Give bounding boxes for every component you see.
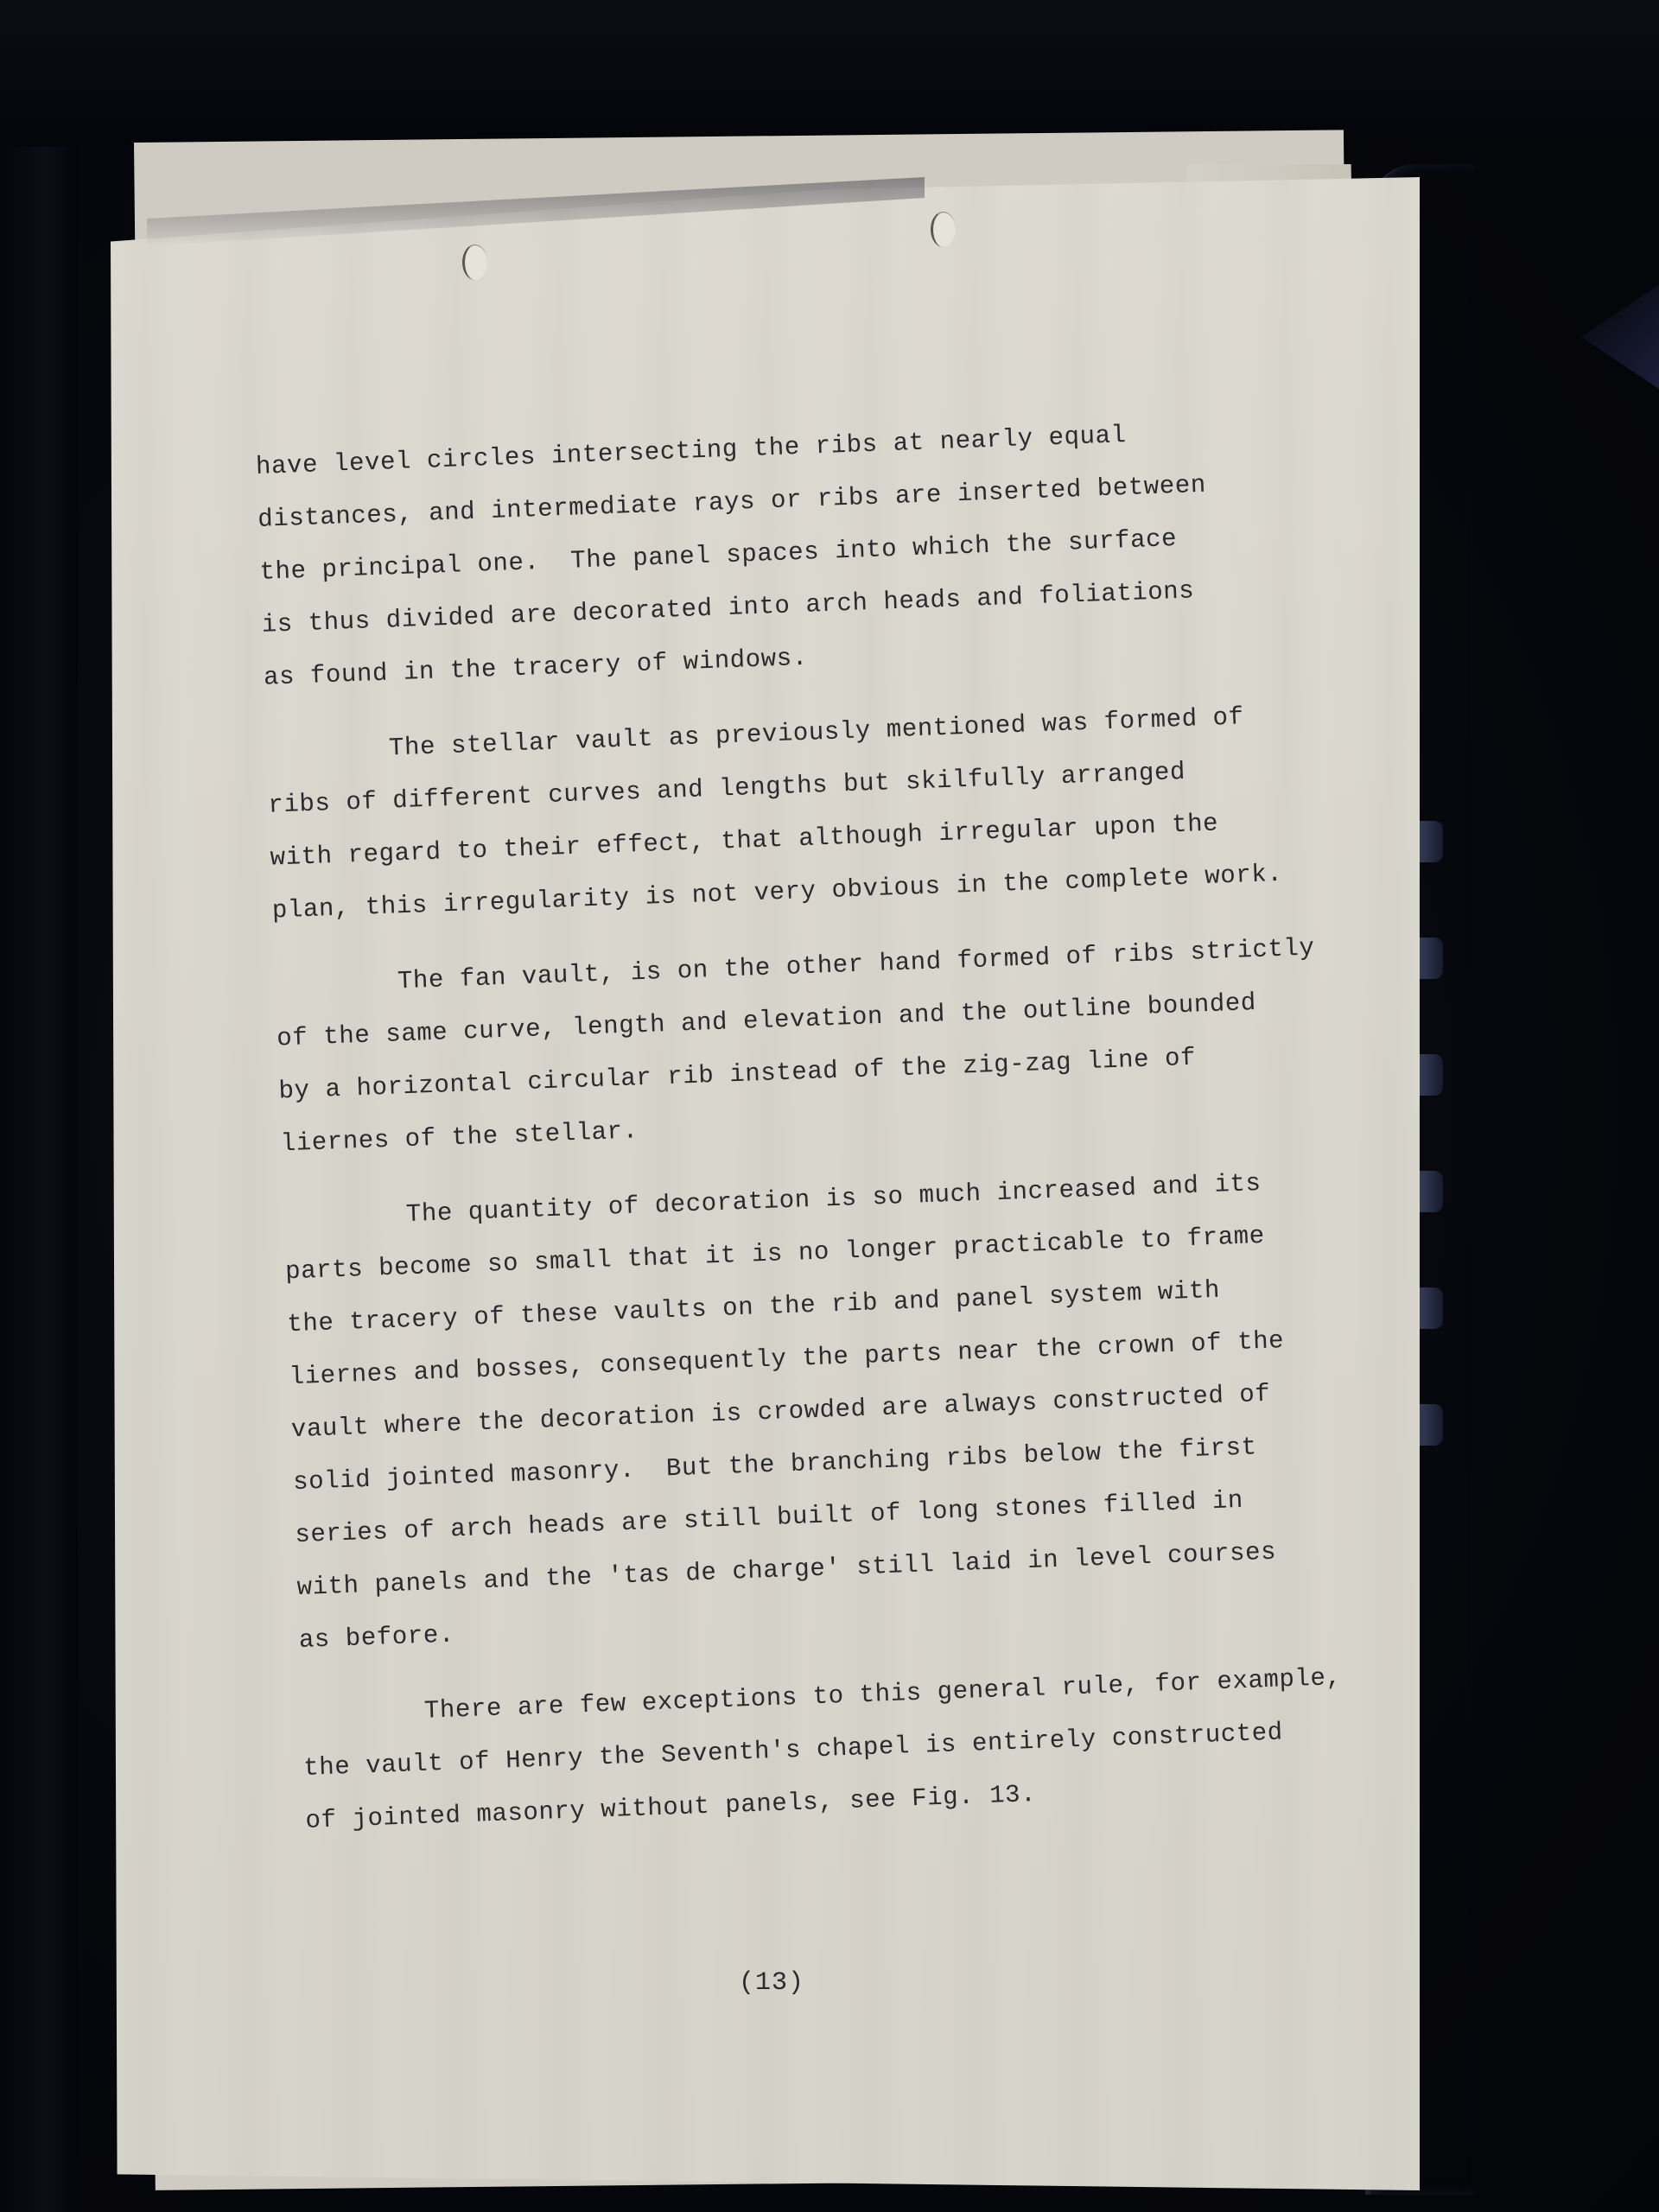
paragraph: have level circles intersecting the ribs… <box>255 399 1387 703</box>
paragraph: There are few exceptions to this general… <box>301 1648 1429 1847</box>
paragraph: The fan vault, is on the other hand form… <box>274 918 1404 1170</box>
paragraph: The stellar vault as previously mentione… <box>265 685 1395 937</box>
body-text: have level circles intersecting the ribs… <box>255 399 1430 1870</box>
paragraph: The quantity of decoration is so much in… <box>283 1152 1422 1667</box>
page-number: (13) <box>739 1968 804 1998</box>
tray-edge-left <box>0 147 78 2212</box>
punch-hole-left-icon <box>462 245 487 280</box>
dark-background-top <box>0 0 1659 147</box>
background-glint <box>1581 285 1659 389</box>
punch-hole-right-icon <box>931 212 956 247</box>
